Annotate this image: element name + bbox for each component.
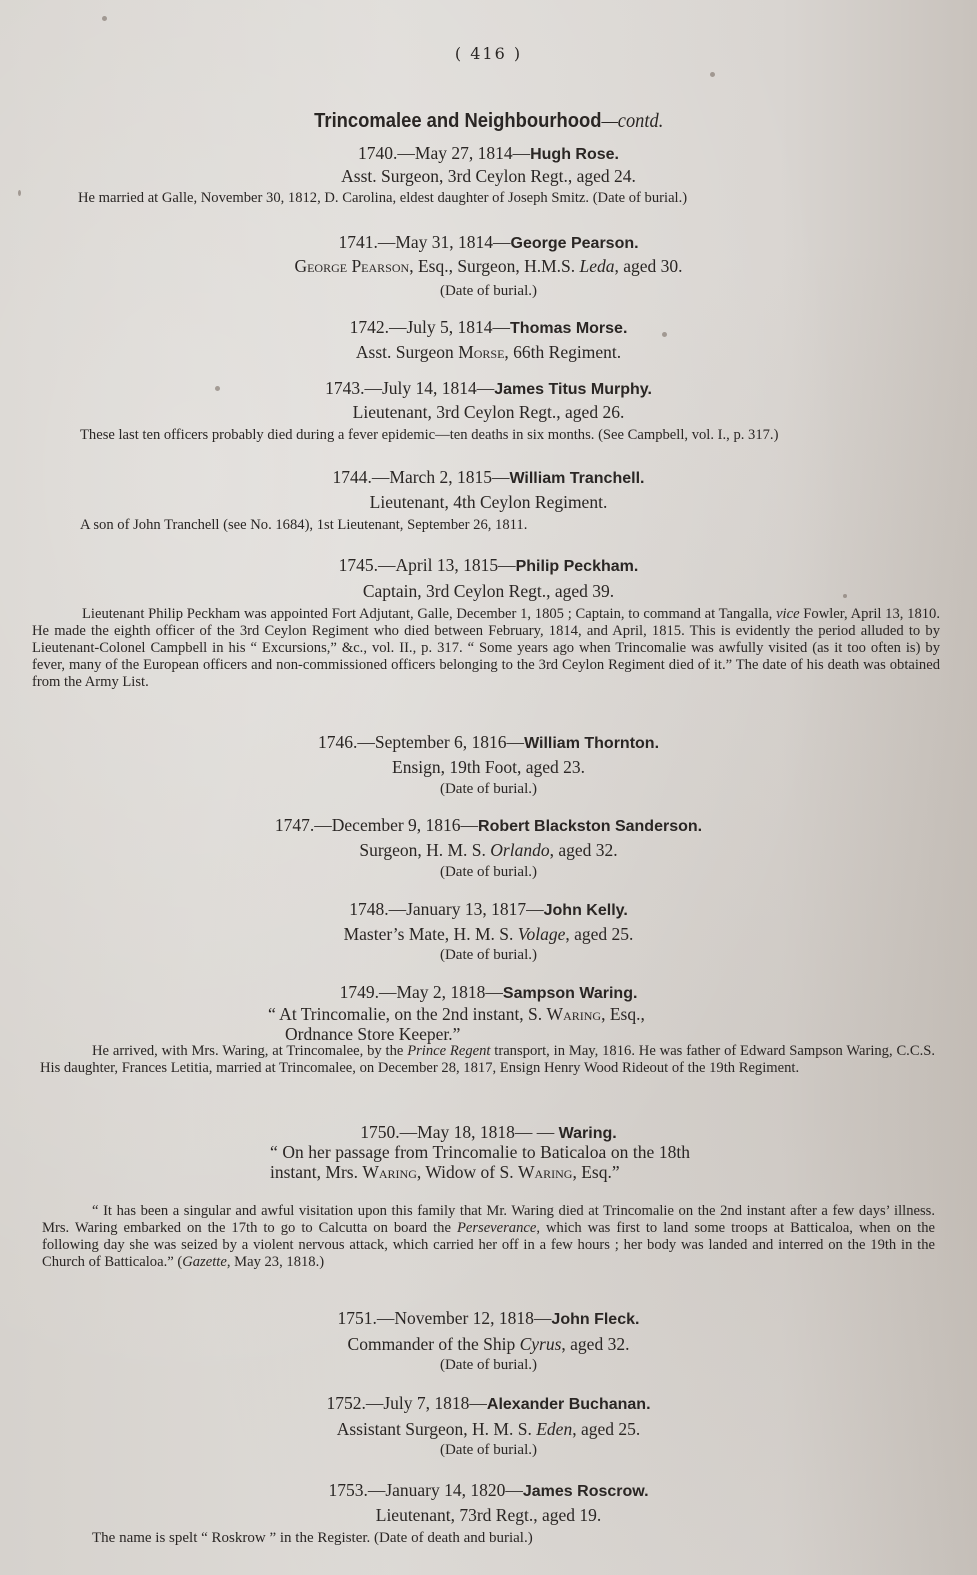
entry-note: Lieutenant Philip Peckham was appointed … — [32, 606, 940, 691]
entry-heading: 1752.—July 7, 1818—Alexander Buchanan. — [0, 1393, 977, 1414]
section-title: Trincomalee and Neighbourhood — [314, 110, 601, 132]
entry-description: Lieutenant, 4th Ceylon Regiment. — [0, 492, 977, 513]
book-page: ( 416 ) Trincomalee and Neighbourhood—co… — [0, 0, 977, 1575]
burial-note: (Date of burial.) — [0, 283, 977, 300]
ship-name: Volage — [518, 924, 566, 944]
entry-name: John Kelly. — [544, 902, 628, 919]
entry-name: Hugh Rose. — [530, 146, 619, 163]
gazette-quote: “ At Trincomalie, on the 2nd instant, S.… — [268, 1004, 728, 1044]
paper-speck — [102, 16, 107, 21]
entry-heading: 1741.—May 31, 1814—George Pearson. — [0, 232, 977, 253]
entry-description: Asst. Surgeon Morse, 66th Regiment. — [0, 342, 977, 363]
ship-name: Eden — [536, 1419, 572, 1439]
entry-heading: 1748.—January 13, 1817—John Kelly. — [0, 899, 977, 920]
burial-note: (Date of burial.) — [0, 1357, 977, 1374]
entry-heading: 1751.—November 12, 1818—John Fleck. — [0, 1308, 977, 1329]
entry-name: Thomas Morse. — [510, 320, 627, 337]
paper-speck — [215, 386, 220, 391]
entry-note: A son of John Tranchell (see No. 1684), … — [80, 517, 910, 534]
entry-name: Waring. — [559, 1125, 617, 1142]
entry-description: Lieutenant, 3rd Ceylon Regt., aged 26. — [0, 402, 977, 423]
paper-speck — [662, 332, 667, 337]
gazette-quote: “ On her passage from Trincomalie to Bat… — [270, 1142, 690, 1182]
entry-heading: 1746.—September 6, 1816—William Thornton… — [0, 732, 977, 753]
entry-heading: 1744.—March 2, 1815—William Tranchell. — [0, 467, 977, 488]
burial-note: (Date of burial.) — [0, 947, 977, 964]
entry-description: Surgeon, H. M. S. Orlando, aged 32. — [0, 840, 977, 861]
entry-description: Lieutenant, 73rd Regt., aged 19. — [0, 1505, 977, 1526]
entry-description: Master’s Mate, H. M. S. Volage, aged 25. — [0, 924, 977, 945]
entry-name: Sampson Waring. — [503, 985, 638, 1002]
entry-description: Commander of the Ship Cyrus, aged 32. — [0, 1334, 977, 1355]
entry-note: The name is spelt “ Roskrow ” in the Reg… — [92, 1530, 692, 1547]
entry-heading: 1753.—January 14, 1820—James Roscrow. — [0, 1480, 977, 1501]
ship-name: Leda — [580, 256, 615, 276]
entry-heading: 1745.—April 13, 1815—Philip Peckham. — [0, 555, 977, 576]
entry-name: William Tranchell. — [509, 470, 644, 487]
ship-name: Perseverance — [457, 1220, 536, 1236]
entry-heading: 1747.—December 9, 1816—Robert Blackston … — [0, 815, 977, 836]
paper-speck — [843, 594, 847, 598]
entry-note: “ It has been a singular and awful visit… — [42, 1203, 935, 1271]
entry-name: William Thornton. — [524, 735, 659, 752]
entry-description: Ensign, 19th Foot, aged 23. — [0, 757, 977, 778]
entry-heading: 1740.—May 27, 1814—Hugh Rose. — [0, 143, 977, 164]
burial-note: (Date of burial.) — [0, 781, 977, 798]
ship-name: Prince Regent — [407, 1043, 490, 1059]
entry-name: Alexander Buchanan. — [487, 1396, 651, 1413]
entry-name: John Fleck. — [551, 1311, 639, 1328]
entry-heading: 1750.—May 18, 1818— — Waring. — [0, 1122, 977, 1143]
entry-name: Robert Blackston Sanderson. — [478, 818, 702, 835]
entry-description: Asst. Surgeon, 3rd Ceylon Regt., aged 24… — [0, 166, 977, 187]
burial-note: (Date of burial.) — [0, 1442, 977, 1459]
entry-note: These last ten officers probably died du… — [30, 427, 945, 444]
ship-name: Cyrus — [520, 1334, 562, 1354]
entry-description: Captain, 3rd Ceylon Regt., aged 39. — [0, 581, 977, 602]
entry-name: James Roscrow. — [523, 1483, 649, 1500]
entry-heading: 1742.—July 5, 1814—Thomas Morse. — [0, 317, 977, 338]
entry-name: James Titus Murphy. — [494, 381, 652, 398]
paper-speck — [18, 190, 21, 196]
paper-speck — [710, 72, 715, 77]
section-suffix: —contd. — [601, 110, 663, 132]
burial-note: (Date of burial.) — [0, 864, 977, 881]
page-number: ( 416 ) — [0, 44, 977, 63]
section-heading: Trincomalee and Neighbourhood—contd. — [0, 110, 977, 133]
entry-note: He married at Galle, November 30, 1812, … — [78, 190, 908, 207]
entry-note: He arrived, with Mrs. Waring, at Trincom… — [40, 1043, 935, 1077]
ship-name: Orlando — [490, 840, 549, 860]
entry-name: Philip Peckham. — [516, 558, 639, 575]
entry-description: George Pearson, Esq., Surgeon, H.M.S. Le… — [0, 256, 977, 277]
entry-heading: 1749.—May 2, 1818—Sampson Waring. — [0, 982, 977, 1003]
entry-name: George Pearson. — [511, 235, 639, 252]
entry-heading: 1743.—July 14, 1814—James Titus Murphy. — [0, 378, 977, 399]
entry-description: Assistant Surgeon, H. M. S. Eden, aged 2… — [0, 1419, 977, 1440]
